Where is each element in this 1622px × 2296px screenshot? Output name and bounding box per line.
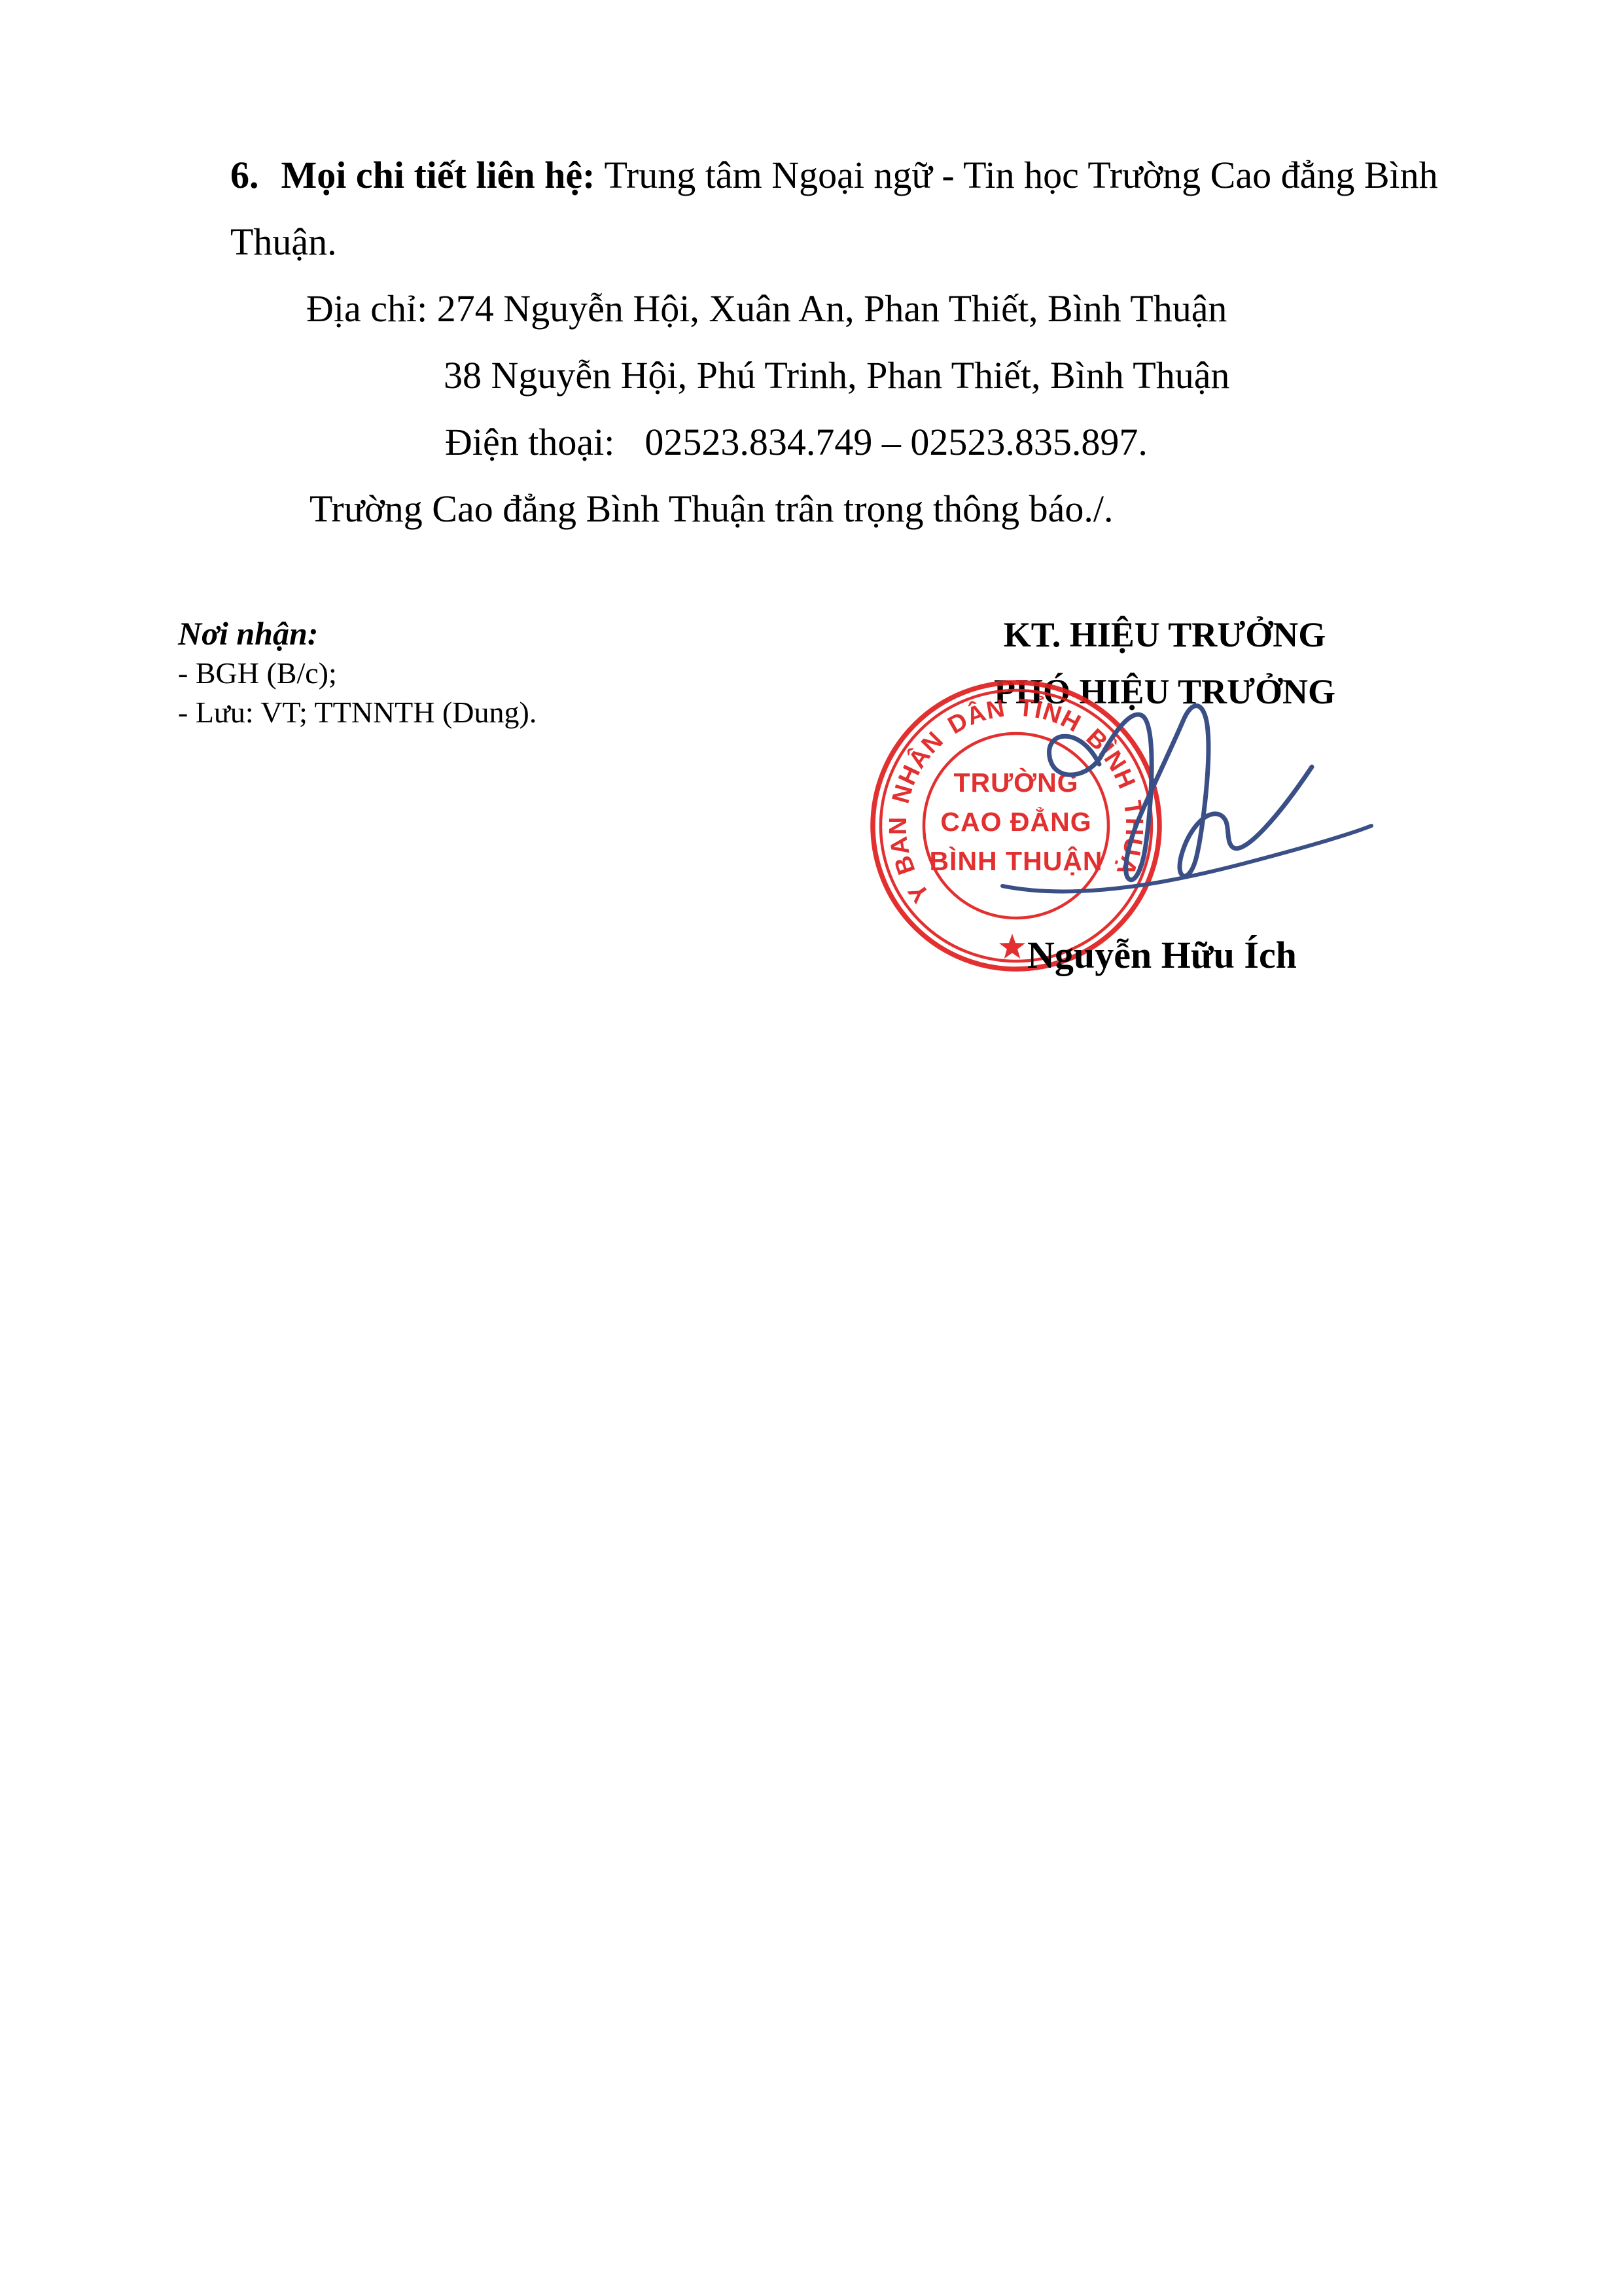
recipients-item-1: - BGH (B/c); bbox=[178, 658, 337, 688]
handwritten-signature bbox=[903, 687, 1400, 936]
contact-wrap-line: Thuận. bbox=[230, 223, 337, 261]
phone-numbers: 02523.834.749 – 02523.835.897. bbox=[644, 421, 1148, 463]
phone-label: Điện thoại: bbox=[445, 421, 614, 463]
recipients-heading: Nơi nhận: bbox=[178, 617, 318, 650]
closing-line: Trường Cao đẳng Bình Thuận trân trọng th… bbox=[309, 490, 1113, 528]
recipients-item-2: - Lưu: VT; TTNNTH (Dung). bbox=[178, 698, 537, 728]
signer-name: Nguyễn Hữu Ích bbox=[900, 936, 1424, 974]
phone-line: Điện thoại:02523.834.749 – 02523.835.897… bbox=[445, 423, 1148, 461]
signature-main-stroke bbox=[1049, 706, 1312, 880]
contact-label: Mọi chi tiết liên hệ: bbox=[281, 154, 595, 196]
address-line-2: 38 Nguyễn Hội, Phú Trinh, Phan Thiết, Bì… bbox=[444, 357, 1229, 395]
contact-heading-line: 6.Mọi chi tiết liên hệ:Trung tâm Ngoại n… bbox=[230, 156, 1438, 194]
document-page: 6.Mọi chi tiết liên hệ:Trung tâm Ngoại n… bbox=[0, 0, 1622, 2296]
item-number: 6. bbox=[230, 154, 259, 196]
signer-title-line-1: KT. HIỆU TRƯỞNG bbox=[916, 617, 1413, 652]
contact-intro-text: Trung tâm Ngoại ngữ - Tin học Trường Cao… bbox=[605, 154, 1438, 196]
address-line-1: Địa chỉ: 274 Nguyễn Hội, Xuân An, Phan T… bbox=[306, 290, 1227, 328]
